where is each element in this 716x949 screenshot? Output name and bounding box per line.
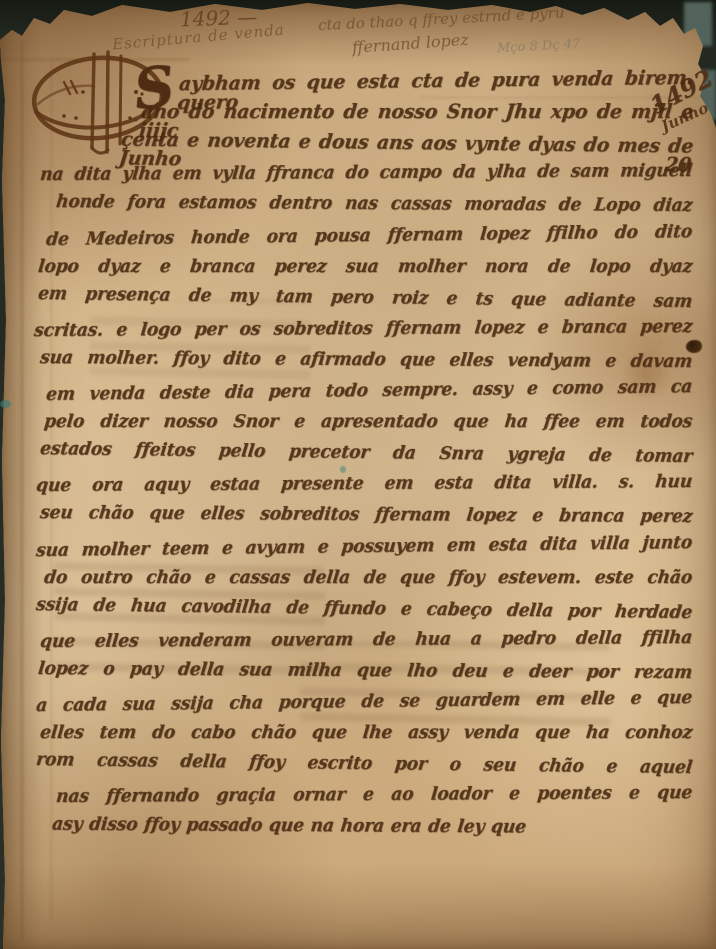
manuscript-line: na dita ylha em vylla ffranca do campo d… <box>39 163 693 184</box>
teal-speck <box>0 400 11 408</box>
verso-show-through <box>89 298 311 392</box>
manuscript-photo: 1492 — Escriptura de venda cta do thao q… <box>0 0 716 949</box>
manuscript-line: que ora aquy estaa presente em esta dita… <box>35 474 693 495</box>
manuscript-line: asy disso ffoy passado que na hora era d… <box>51 817 527 837</box>
manuscript-line: sua molher. ffoy dito e afirmado que ell… <box>39 350 693 371</box>
teal-speck <box>340 466 346 473</box>
fold-line <box>20 40 24 940</box>
manuscript-line: do outro chão e cassas della de que ffoy… <box>43 570 693 587</box>
manuscript-line: honde fora estamos dentro nas cassas mor… <box>55 194 693 215</box>
manuscript-line: lopez o pay della sua milha que lho deu … <box>37 661 693 682</box>
manuscript-line: lopo dyaz e branca perez sua molher nora… <box>37 259 693 276</box>
manuscript-line: nas ffernando graçia ornar e ao loador e… <box>55 785 693 806</box>
manuscript-line: elles tem do cabo chão que lhe assy vend… <box>39 725 693 742</box>
manuscript-line: seu chão que elles sobreditos ffernam lo… <box>39 505 693 526</box>
manuscript-line: pelo dizer nosso Snor e apresentado que … <box>43 414 693 431</box>
manuscript-line: que elles venderam ouveram de hua a pedr… <box>39 630 693 651</box>
manuscript-line: scritas. e logo per os sobreditos fferna… <box>33 319 693 340</box>
